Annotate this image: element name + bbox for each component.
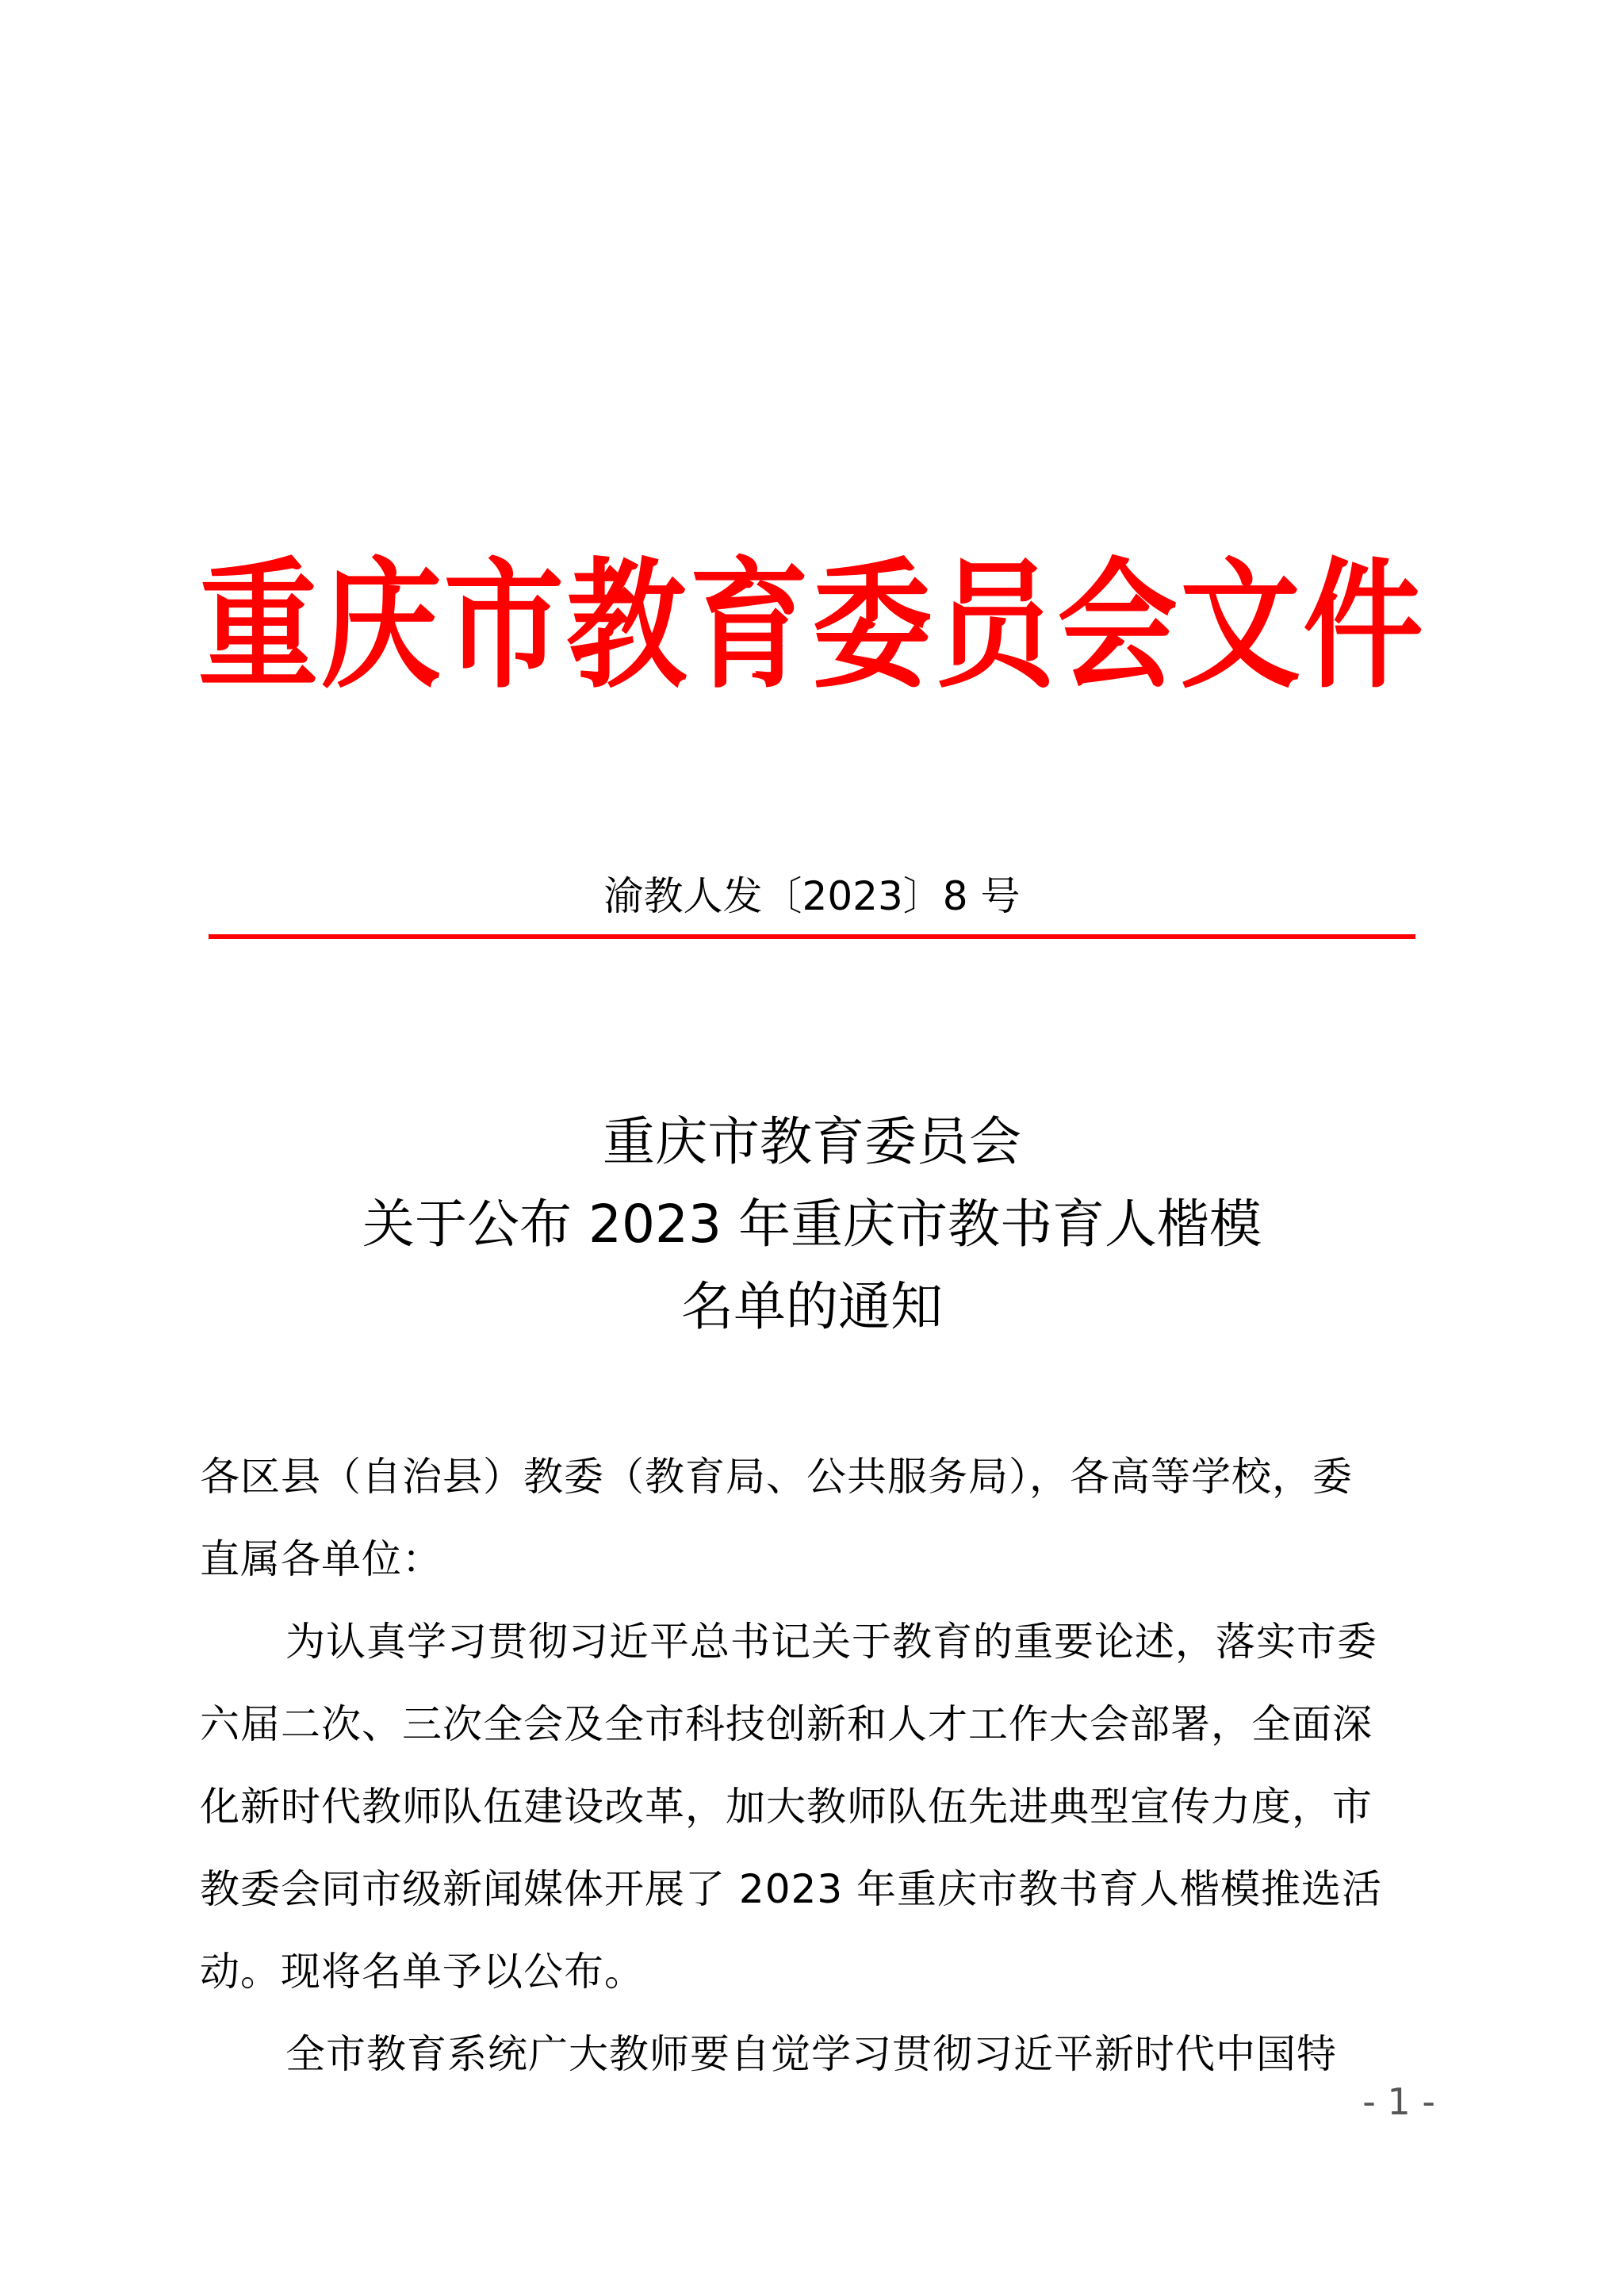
salutation-line-1: 各区县（自治县）教委（教育局、公共服务局），各高等学校，委	[200, 1435, 1437, 1518]
title-line-3: 名单的通知	[0, 1266, 1624, 1348]
paragraph-1-line-4: 教委会同市级新闻媒体开展了 2023 年重庆市教书育人楷模推选活	[200, 1848, 1437, 1930]
paragraph-1-line-1: 为认真学习贯彻习近平总书记关于教育的重要论述，落实市委	[200, 1600, 1437, 1683]
masthead-title: 重庆市教育委员会文件	[113, 547, 1510, 706]
document-number: 渝教人发〔2023〕8 号	[0, 868, 1624, 924]
red-divider-line	[209, 934, 1415, 939]
title-line-2: 关于公布 2023 年重庆市教书育人楷模	[0, 1183, 1624, 1266]
notice-title: 重庆市教育委员会 关于公布 2023 年重庆市教书育人楷模 名单的通知	[0, 1101, 1624, 1348]
paragraph-1-line-5: 动。现将名单予以公布。	[200, 1930, 1437, 2013]
paragraph-2-line-1: 全市教育系统广大教师要自觉学习贯彻习近平新时代中国特	[200, 2013, 1437, 2095]
paragraph-1-line-3: 化新时代教师队伍建设改革，加大教师队伍先进典型宣传力度，市	[200, 1765, 1437, 1848]
title-line-1: 重庆市教育委员会	[0, 1101, 1624, 1183]
paragraph-1-line-2: 六届二次、三次全会及全市科技创新和人才工作大会部署，全面深	[200, 1683, 1437, 1765]
page-number: - 1 -	[1316, 2078, 1435, 2125]
salutation-line-2: 直属各单位：	[200, 1518, 1437, 1600]
notice-body: 各区县（自治县）教委（教育局、公共服务局），各高等学校，委 直属各单位： 为认真…	[200, 1435, 1437, 2095]
document-page: 重庆市教育委员会文件 渝教人发〔2023〕8 号 重庆市教育委员会 关于公布 2…	[0, 0, 1624, 2296]
